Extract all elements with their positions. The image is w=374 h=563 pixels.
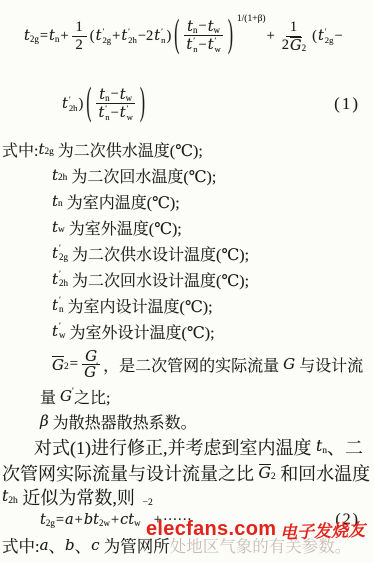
math-token: c	[91, 538, 99, 553]
math-token: +	[266, 28, 276, 45]
math-token: 2	[75, 37, 84, 54]
math-token: 次管网实际流量与设计流量之比	[2, 460, 259, 486]
math-token: 为散热器散热系数。	[49, 410, 197, 433]
math-token: n	[58, 200, 63, 209]
math-token: 为室外设计温度(℃);	[66, 320, 215, 343]
math-token: w	[58, 226, 65, 235]
math-token: =	[39, 28, 49, 45]
math-token: t	[154, 29, 160, 44]
math-token: 1	[289, 19, 298, 36]
math-token: 为室内设计温度(℃);	[64, 294, 213, 317]
math-token: c	[91, 538, 99, 553]
math-token: 近似为常数,则	[18, 484, 135, 510]
definition-line: t′w 为室外设计温度(℃);	[0, 318, 374, 344]
equation-1-line-1: t2g=tn+12(t′2g+t′2h−2t′n)(tn−twt′n−t′w)1…	[0, 0, 374, 72]
math-token: a	[40, 538, 49, 553]
math-token: 与设计流	[295, 353, 363, 376]
math-token: ′2h	[128, 27, 137, 44]
math-token: t2g	[40, 513, 55, 528]
math-token: w	[127, 113, 133, 122]
math-token: 1/(1+β)	[237, 14, 266, 24]
math-token: b	[84, 513, 93, 528]
definition-line: t′2h 为二次回水设计温度(℃);	[0, 266, 374, 292]
math-token: 为二次供水设计温度(℃);	[68, 242, 249, 265]
math-token: tn	[316, 439, 327, 455]
math-token: 2g	[44, 148, 53, 157]
math-token: )	[165, 28, 172, 45]
math-token: t′n	[186, 36, 197, 53]
math-token: 为室内温度(℃);	[63, 190, 180, 213]
math-token: t′2h	[62, 95, 78, 112]
math-token: 、	[75, 533, 92, 557]
math-token: G	[60, 389, 72, 404]
math-token: 2h	[69, 104, 78, 113]
math-token: (	[311, 28, 318, 45]
math-token: t′w	[120, 104, 133, 121]
math-token: w	[126, 94, 133, 103]
math-token: a	[65, 513, 74, 528]
math-token: 1	[286, 19, 301, 37]
math-token: t2h	[52, 168, 67, 183]
math-token: 量	[40, 385, 60, 408]
math-token: ′w	[127, 104, 133, 121]
math-token: 2h	[128, 36, 137, 45]
math-token: G	[290, 37, 302, 54]
math-token: 2	[72, 37, 87, 54]
math-token: tn	[99, 88, 109, 103]
math-token: 、二	[327, 434, 363, 460]
math-token: 2	[281, 37, 290, 54]
math-token: 2	[271, 472, 276, 482]
definition-line: tn 为室内温度(℃);	[0, 188, 374, 214]
math-token: 2g	[46, 519, 55, 528]
math-token: t	[98, 106, 104, 121]
math-token: t′2h	[52, 270, 68, 288]
math-token: ′2h	[59, 270, 68, 288]
definition-line-flow-ratio: G2=GG′，是二次管网的实际流量 G 与设计流	[0, 344, 374, 384]
math-token: ′2g	[102, 27, 111, 44]
math-token: t	[52, 272, 58, 287]
math-token: t	[52, 298, 58, 313]
math-token: 为二次供水温度(℃);	[54, 138, 203, 161]
math-token: w	[134, 519, 141, 528]
math-token: t	[96, 29, 102, 44]
math-token: G′	[60, 389, 74, 404]
paragraph-line: 次管网实际流量与设计流量之比 G2 和回水温度	[0, 460, 374, 486]
math-token: +	[59, 28, 69, 45]
math-token: a	[40, 538, 49, 553]
definition-line: t2h 为二次回水温度(℃);	[0, 162, 374, 188]
math-token: 式中:	[2, 533, 40, 557]
math-token: β	[40, 414, 49, 429]
math-token: 2G2	[278, 37, 309, 54]
math-token: 2g	[59, 253, 68, 262]
math-token: ′2g	[325, 27, 334, 44]
equation-1-line-2: t′2h)(tn−twt′n−t′w)	[62, 86, 147, 121]
math-token: ，是二次管网的实际流量	[103, 353, 283, 376]
math-token: tw	[120, 88, 132, 103]
math-token: 1	[72, 19, 87, 37]
math-token: ′2h	[69, 95, 78, 112]
math-token: G′	[84, 365, 98, 380]
math-token: t′2g	[96, 27, 112, 44]
math-token: −	[333, 28, 343, 45]
math-token: 2g	[30, 35, 39, 44]
math-token: G2	[52, 356, 69, 373]
math-token: t	[318, 29, 324, 44]
math-token: G	[283, 357, 295, 372]
math-token: t	[52, 246, 58, 261]
math-token: t′2g	[52, 244, 68, 262]
definition-line: t′n 为室内设计温度(℃);	[0, 292, 374, 318]
math-token: b	[65, 538, 75, 553]
math-token: tn	[49, 29, 59, 44]
math-token: G	[52, 356, 64, 373]
math-token: GG′	[81, 349, 101, 380]
elecfans-logo: elecfans.com	[146, 518, 276, 541]
math-token: 和回水温度	[276, 460, 371, 486]
math-token: −	[198, 18, 208, 35]
math-token: t′n	[52, 296, 64, 314]
math-token: =	[69, 356, 79, 373]
symbol-definitions: 式中:t2g 为二次供水温度(℃); t2h 为二次回水温度(℃); tn 为室…	[0, 136, 374, 434]
math-token: t′w	[52, 322, 66, 340]
math-token: +	[111, 28, 121, 45]
math-token: t	[120, 106, 126, 121]
math-token: G	[84, 365, 96, 380]
math-token: )	[140, 81, 145, 127]
math-token: b	[84, 513, 93, 528]
math-token: 12	[72, 19, 87, 53]
math-token: )	[78, 96, 85, 113]
paragraph-line: 对式(1)进行修正,并考虑到室内温度 tn、二	[0, 434, 374, 460]
math-token: 2w	[99, 519, 110, 528]
math-token: t′2g	[318, 27, 334, 44]
math-token: (	[89, 28, 96, 45]
math-token: 2	[302, 44, 307, 53]
math-token: G	[283, 357, 295, 372]
math-token: 为二次回水温度(℃);	[67, 164, 216, 187]
definition-line: t′2g 为二次供水设计温度(℃);	[0, 240, 374, 266]
equation-1-number: (1)	[334, 94, 360, 114]
math-token: −	[198, 37, 208, 54]
math-token: 对式(1)进行修正,并考虑到室内温度	[34, 434, 316, 460]
math-token: w	[215, 45, 221, 54]
math-token: 2g	[325, 36, 334, 45]
math-token: tw	[52, 220, 65, 235]
definition-line-beta: β 为散热器散热系数。	[0, 409, 374, 434]
definition-line: tw 为室外温度(℃);	[0, 214, 374, 240]
paragraph: 对式(1)进行修正,并考虑到室内温度 tn、二 次管网实际流量与设计流量之比 G…	[0, 434, 374, 508]
math-token: 、	[49, 533, 66, 557]
math-token: 之比;	[74, 385, 110, 408]
math-token: 2h	[8, 496, 18, 506]
math-token: n	[193, 26, 198, 35]
math-token: ′2g	[59, 244, 68, 262]
math-token: n	[105, 94, 110, 103]
math-token: t′2h	[121, 27, 137, 44]
definition-line-continuation: 量 G′之比;	[0, 384, 374, 409]
math-token: n	[55, 35, 60, 44]
math-token: t	[52, 324, 58, 339]
math-token: a	[65, 513, 74, 528]
math-token: tn−tw	[96, 86, 135, 104]
math-token: t′n	[98, 104, 109, 121]
math-token: tn	[187, 20, 197, 35]
math-token: −	[110, 86, 120, 103]
math-token: 1	[75, 19, 84, 36]
math-token: t2g	[38, 142, 53, 157]
definition-line: 式中:t2g 为二次供水温度(℃);	[0, 136, 374, 162]
math-token: (	[174, 13, 179, 59]
math-token: t	[121, 29, 127, 44]
math-token: t′n−t′w	[183, 36, 223, 53]
math-token: 2h	[59, 279, 68, 288]
math-token: tn−twt′n−t′w	[183, 18, 223, 53]
math-token: t2g	[24, 29, 39, 44]
math-token: −	[110, 105, 120, 122]
paragraph-line: t2h 近似为常数,则	[0, 486, 374, 508]
math-token: β	[40, 414, 49, 429]
watermark-slogan: 电子发烧友	[280, 516, 366, 544]
math-token: t′w	[208, 36, 221, 53]
math-token: )	[228, 13, 233, 59]
math-token: tn	[52, 194, 63, 209]
math-token: −2	[137, 28, 154, 45]
watermark: elecfans.com 电子发烧友	[146, 517, 365, 542]
equation-1-line-2-row: t′2h)(tn−twt′n−t′w) (1)	[0, 72, 374, 136]
math-token: (	[86, 81, 91, 127]
math-token: G′	[81, 365, 101, 380]
math-token: =	[55, 512, 65, 529]
math-token: G2	[290, 37, 306, 54]
math-token: b	[65, 538, 75, 553]
math-token: 为二次回水设计温度(℃);	[68, 268, 249, 291]
math-token: +	[74, 512, 84, 529]
math-token: t	[208, 38, 214, 53]
math-token: −2	[143, 498, 153, 508]
math-token: tn−tw	[184, 18, 223, 36]
math-token: G	[259, 464, 271, 482]
math-token: t	[62, 97, 68, 112]
math-token: 2h	[58, 174, 67, 183]
math-token: ′	[96, 363, 98, 372]
math-token: w	[214, 26, 221, 35]
math-token: t′n−t′w	[95, 104, 135, 121]
math-token: 式中:	[2, 138, 38, 161]
math-token: +	[110, 512, 120, 529]
math-token: tn−twt′n−t′w	[95, 86, 135, 121]
math-token: tw	[208, 20, 220, 35]
math-token: t2h	[2, 489, 18, 505]
math-token: t′n	[154, 27, 165, 44]
math-token: t2w	[93, 513, 110, 528]
math-token: 12G2	[278, 19, 309, 53]
math-token: ′	[72, 388, 74, 397]
math-token: ′w	[215, 36, 221, 53]
math-token: tw	[128, 513, 140, 528]
math-token: t	[186, 38, 192, 53]
equation-1-block: t2g=tn+12(t′2g+t′2h−2t′n)(tn−twt′n−t′w)1…	[0, 0, 374, 136]
math-token: 2g	[102, 36, 111, 45]
math-token: n	[322, 446, 327, 456]
math-token: 2	[64, 363, 69, 372]
math-token: G2	[259, 464, 276, 482]
math-token: 为室外温度(℃);	[65, 216, 182, 239]
scanned-paper-page: t2g=tn+12(t′2g+t′2h−2t′n)(tn−twt′n−t′w)1…	[0, 0, 374, 563]
